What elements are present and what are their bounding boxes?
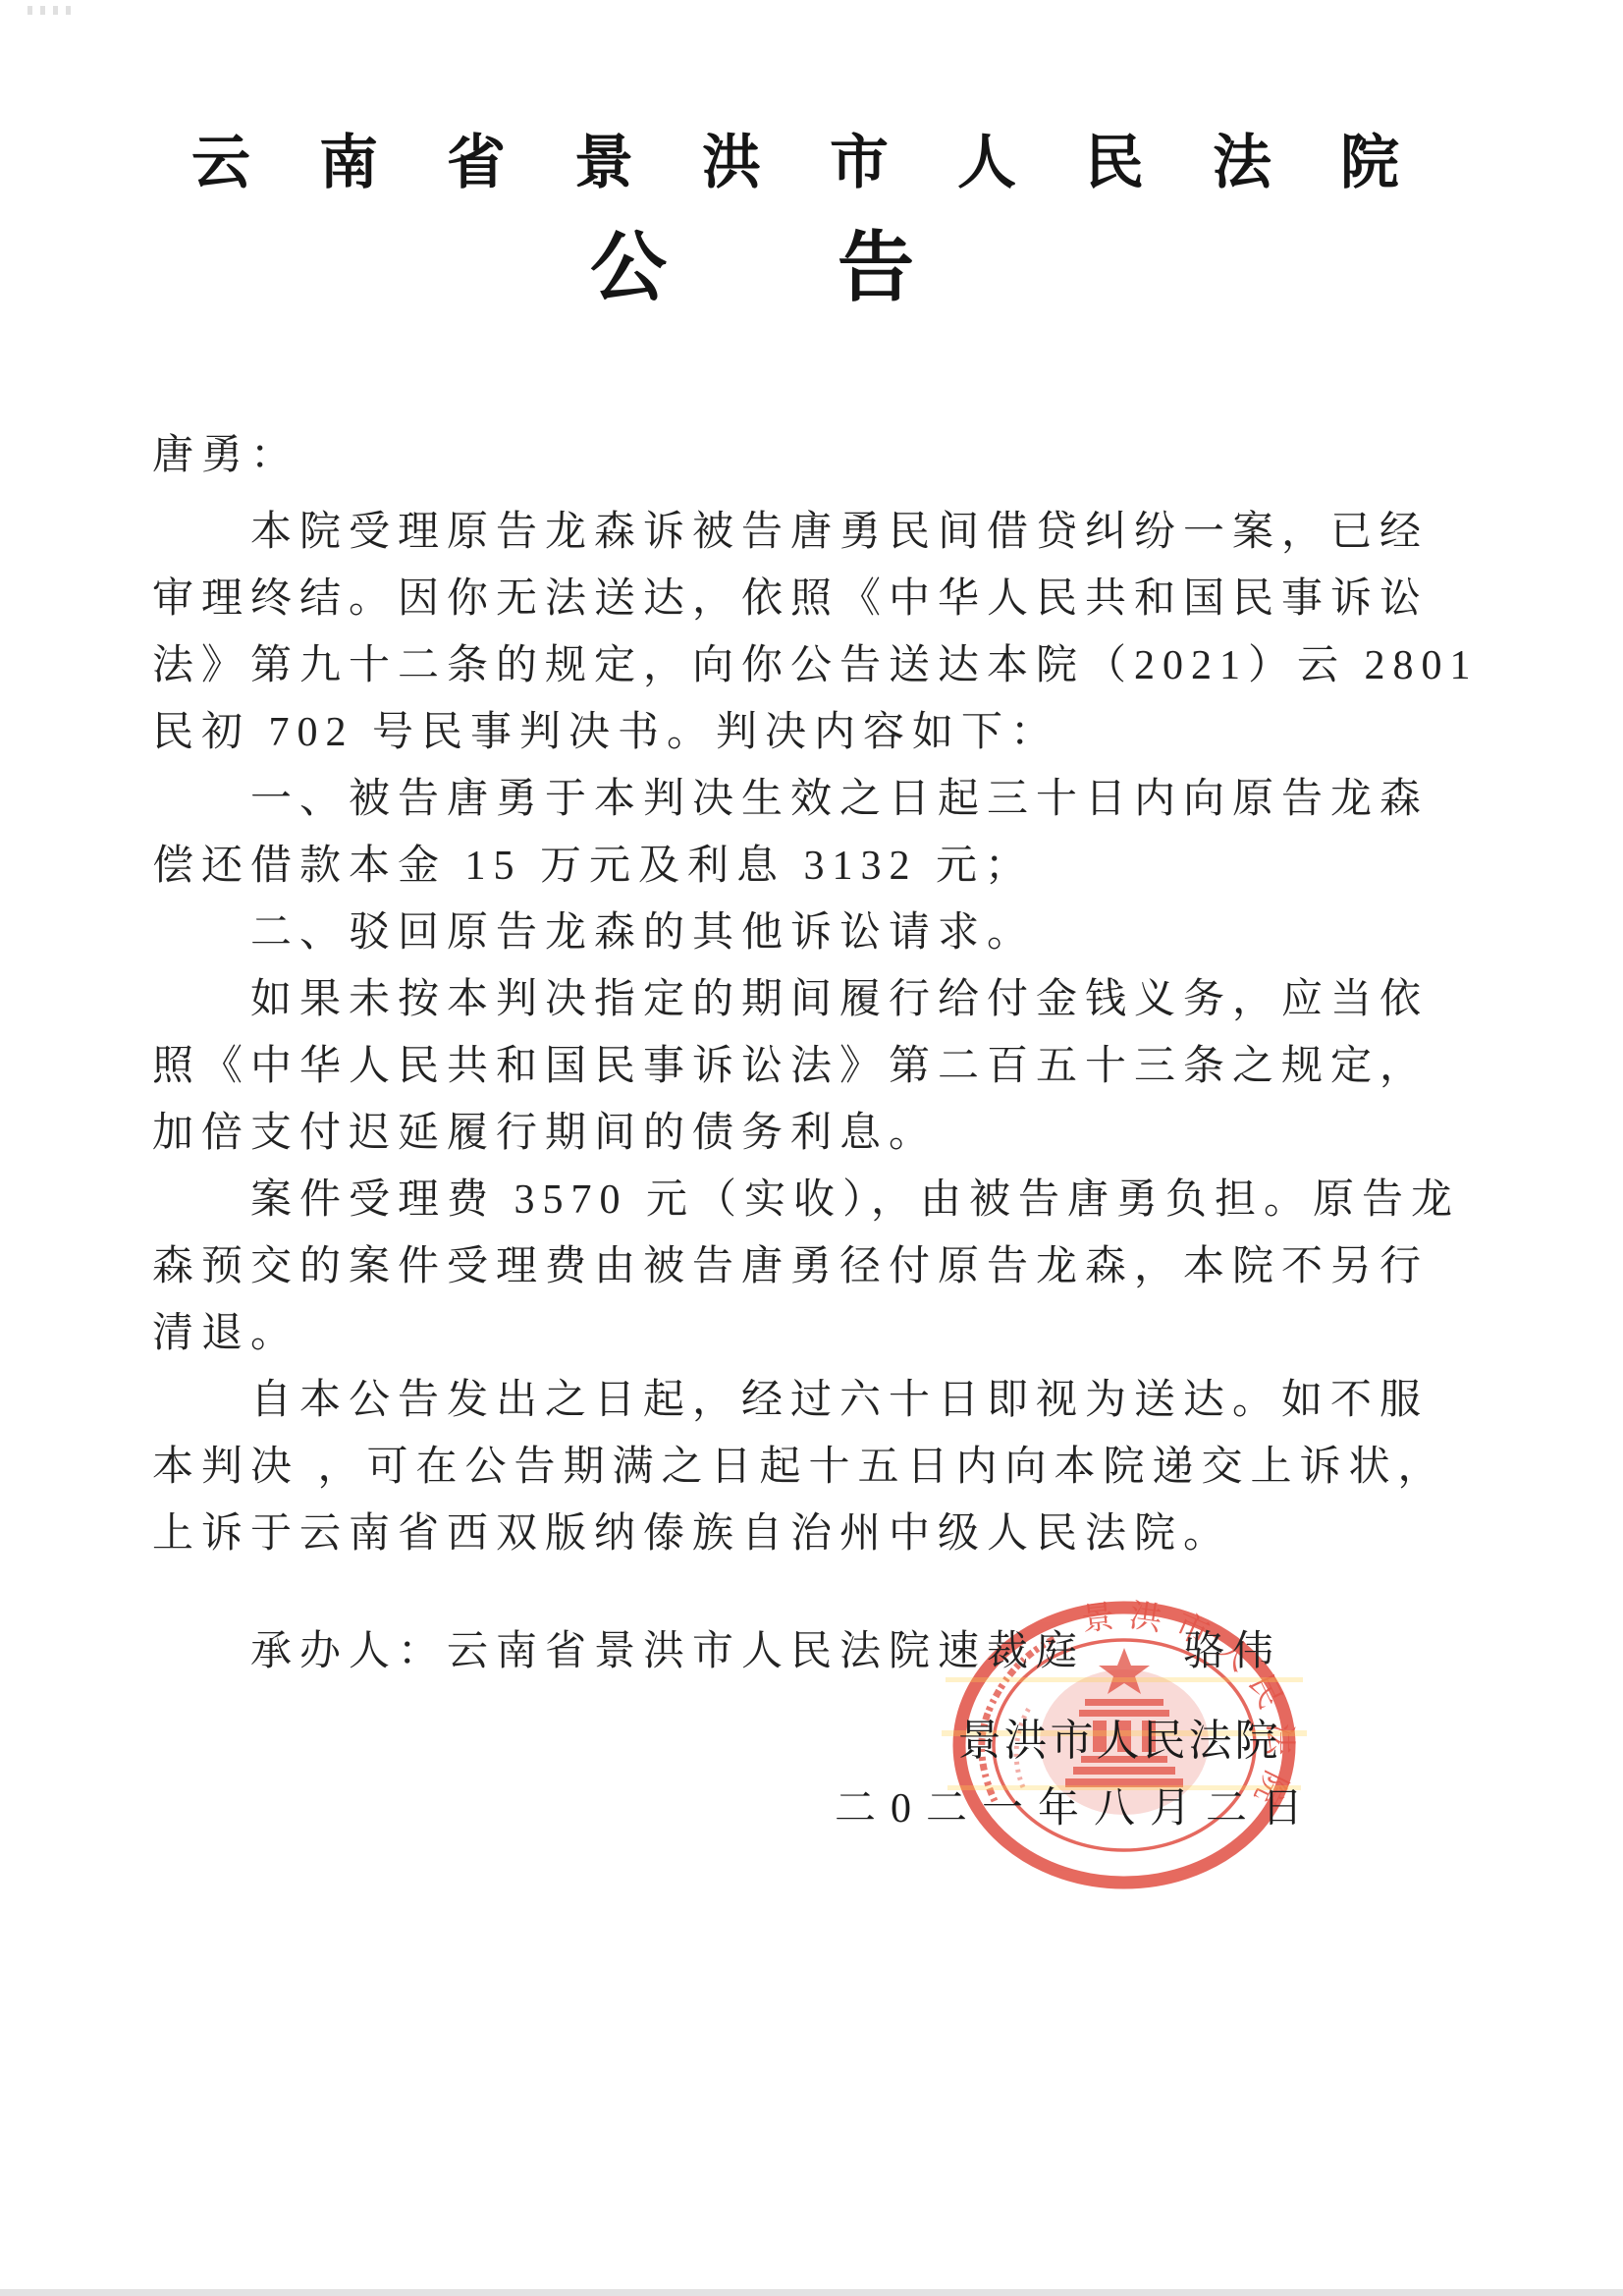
body-line: 一、被告唐勇于本判决生效之日起三十日内向原告龙森: [152, 766, 1476, 833]
body-line: 如果未按本判决指定的期间履行给付金钱义务，应当依: [152, 966, 1476, 1033]
document-content: 云南省景洪市人民法院 公 告 唐勇： 本院受理原告龙森诉被告唐勇民间借贷纠纷一案…: [0, 116, 1623, 1685]
court-title: 云南省景洪市人民法院: [123, 116, 1446, 200]
undertaker-line: 承办人：云南省景洪市人民法院速裁庭 骆伟: [152, 1618, 1476, 1685]
body-line: 照《中华人民共和国民事诉讼法》第二百五十三条之规定，: [152, 1033, 1476, 1100]
body-line: 本院受理原告龙森诉被告唐勇民间借贷纠纷一案，已经: [152, 499, 1476, 566]
body-line: 偿还借款本金 15 万元及利息 3132 元；: [152, 833, 1476, 900]
body-line: 二、驳回原告龙森的其他诉讼请求。: [152, 900, 1476, 966]
salutation: 唐勇：: [152, 422, 1476, 489]
scan-bottom-edge: [0, 2289, 1623, 2296]
scan-noise: [27, 6, 79, 15]
body-line: 本判决 ，可在公告期满之日起十五日内向本院递交上诉状，: [152, 1434, 1476, 1501]
signature-date: 二0二一年八月二日: [835, 1776, 1296, 1834]
body-line: 审理终结。因你无法送达，依照《中华人民共和国民事诉讼: [152, 566, 1476, 632]
announcement-title: 公 告: [93, 206, 1417, 316]
body-line: 自本公告发出之日起，经过六十日即视为送达。如不服: [152, 1367, 1476, 1434]
body-line: 法》第九十二条的规定，向你公告送达本院（2021）云 2801: [152, 632, 1476, 699]
body-line: 案件受理费 3570 元（实收），由被告唐勇负担。原告龙: [152, 1167, 1476, 1233]
document-page: 云南省景洪市人民法院 公 告 唐勇： 本院受理原告龙森诉被告唐勇民间借贷纠纷一案…: [0, 0, 1623, 2296]
body-line: 清退。: [152, 1300, 1476, 1367]
announcement-body: 唐勇： 本院受理原告龙森诉被告唐勇民间借贷纠纷一案，已经 审理终结。因你无法送达…: [152, 422, 1476, 1685]
body-line: 上诉于云南省西双版纳傣族自治州中级人民法院。: [152, 1501, 1476, 1567]
body-line: 加倍支付迟延履行期间的债务利息。: [152, 1100, 1476, 1167]
signature-court-name: 景洪市人民法院: [923, 1705, 1316, 1768]
body-line: 森预交的案件受理费由被告唐勇径付原告龙森，本院不另行: [152, 1233, 1476, 1300]
body-line: 民初 702 号民事判决书。判决内容如下：: [152, 699, 1476, 766]
